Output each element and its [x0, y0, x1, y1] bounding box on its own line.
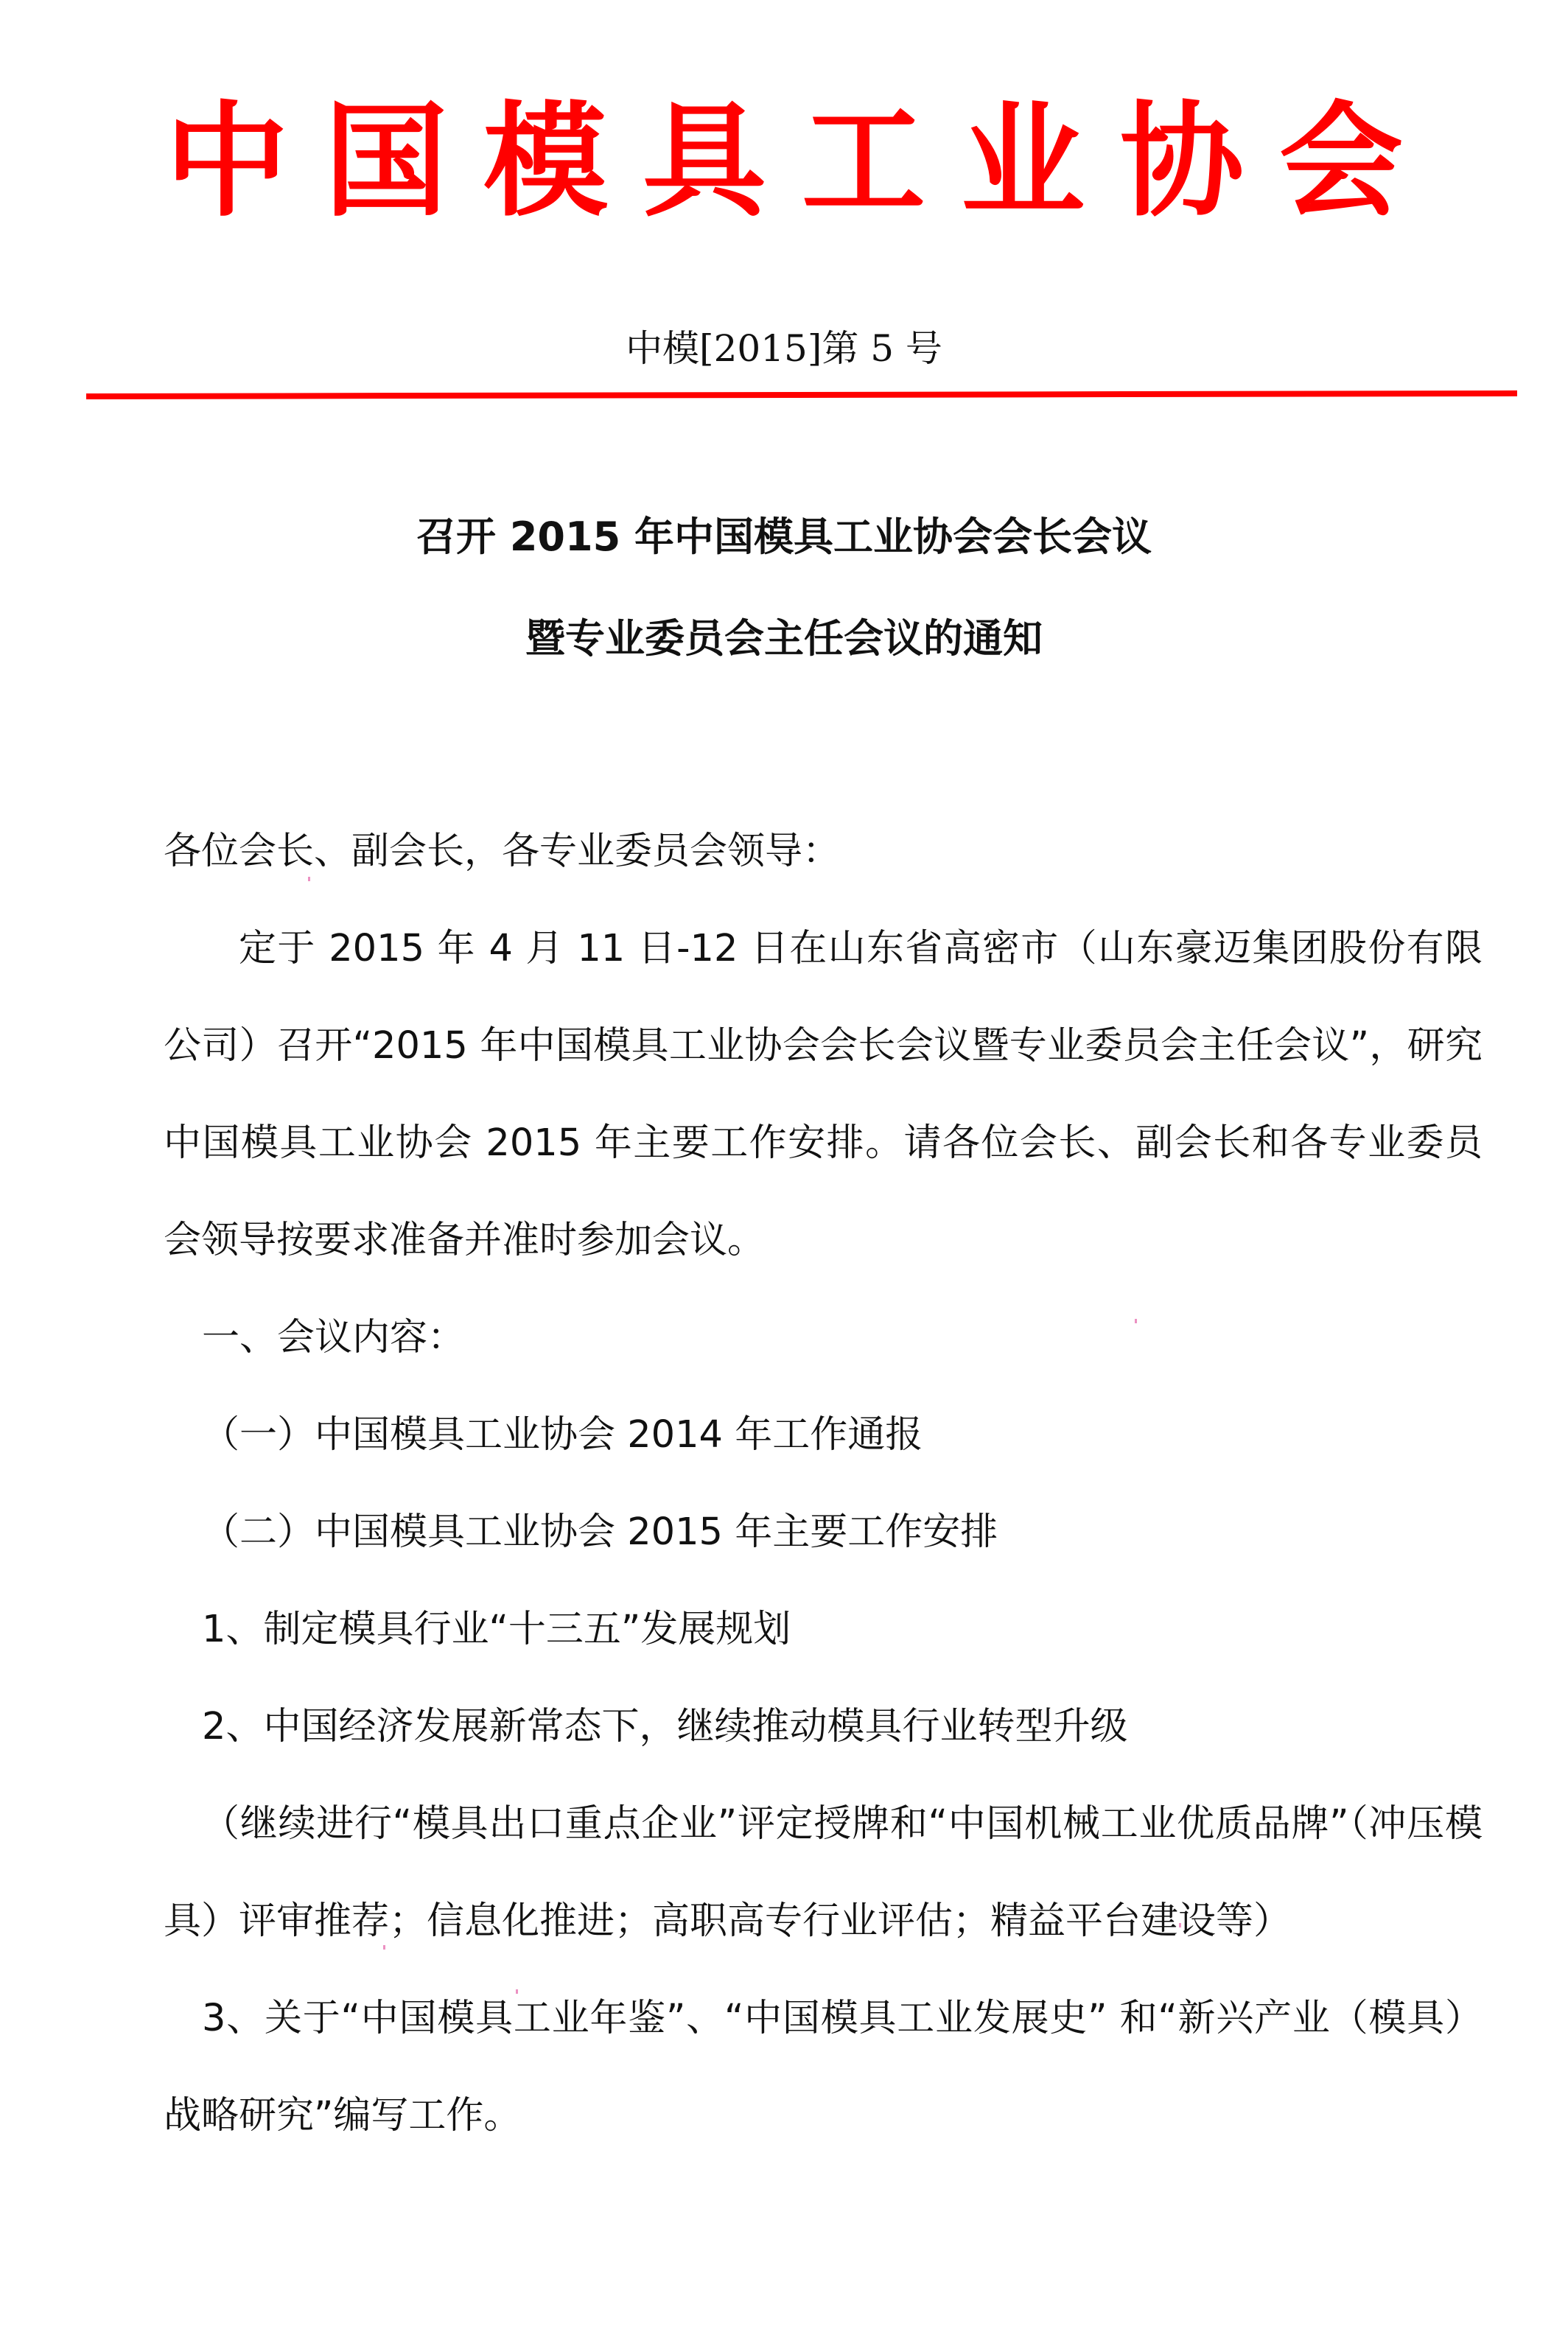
subsection-2: （二）中国模具工业协会 2015 年主要工作安排 — [164, 1484, 1483, 1581]
subsection-1: （一）中国模具工业协会 2014 年工作通报 — [164, 1387, 1483, 1484]
list-item-3: 3、关于“中国模具工业年鉴”、“中国模具工业发展史” 和“新兴产业（模具）战略研… — [164, 1970, 1483, 2165]
list-item-2-detail: （继续进行“模具出口重点企业”评定授牌和“中国机械工业优质品牌”（冲压模具）评审… — [164, 1776, 1483, 1970]
document-title-line-1: 召开 2015 年中国模具工业协会会长会议 — [0, 511, 1568, 563]
document-body: 各位会长、副会长，各专业委员会领导： 定于 2015 年 4 月 11 日-12… — [164, 803, 1483, 2165]
document-title-line-2: 暨专业委员会主任会议的通知 — [0, 613, 1568, 665]
masthead-org-name: 中国模具工业协会 — [0, 94, 1568, 227]
red-separator-rule — [86, 390, 1517, 399]
salutation: 各位会长、副会长，各专业委员会领导： — [164, 803, 1483, 900]
list-item-2: 2、中国经济发展新常态下，继续推动模具行业转型升级 — [164, 1678, 1483, 1776]
document-number: 中模[2015]第 5 号 — [0, 323, 1568, 374]
list-item-1: 1、制定模具行业“十三五”发展规划 — [164, 1581, 1483, 1678]
intro-paragraph: 定于 2015 年 4 月 11 日-12 日在山东省高密市（山东豪迈集团股份有… — [164, 900, 1483, 1289]
section-heading: 一、会议内容： — [164, 1289, 1483, 1387]
